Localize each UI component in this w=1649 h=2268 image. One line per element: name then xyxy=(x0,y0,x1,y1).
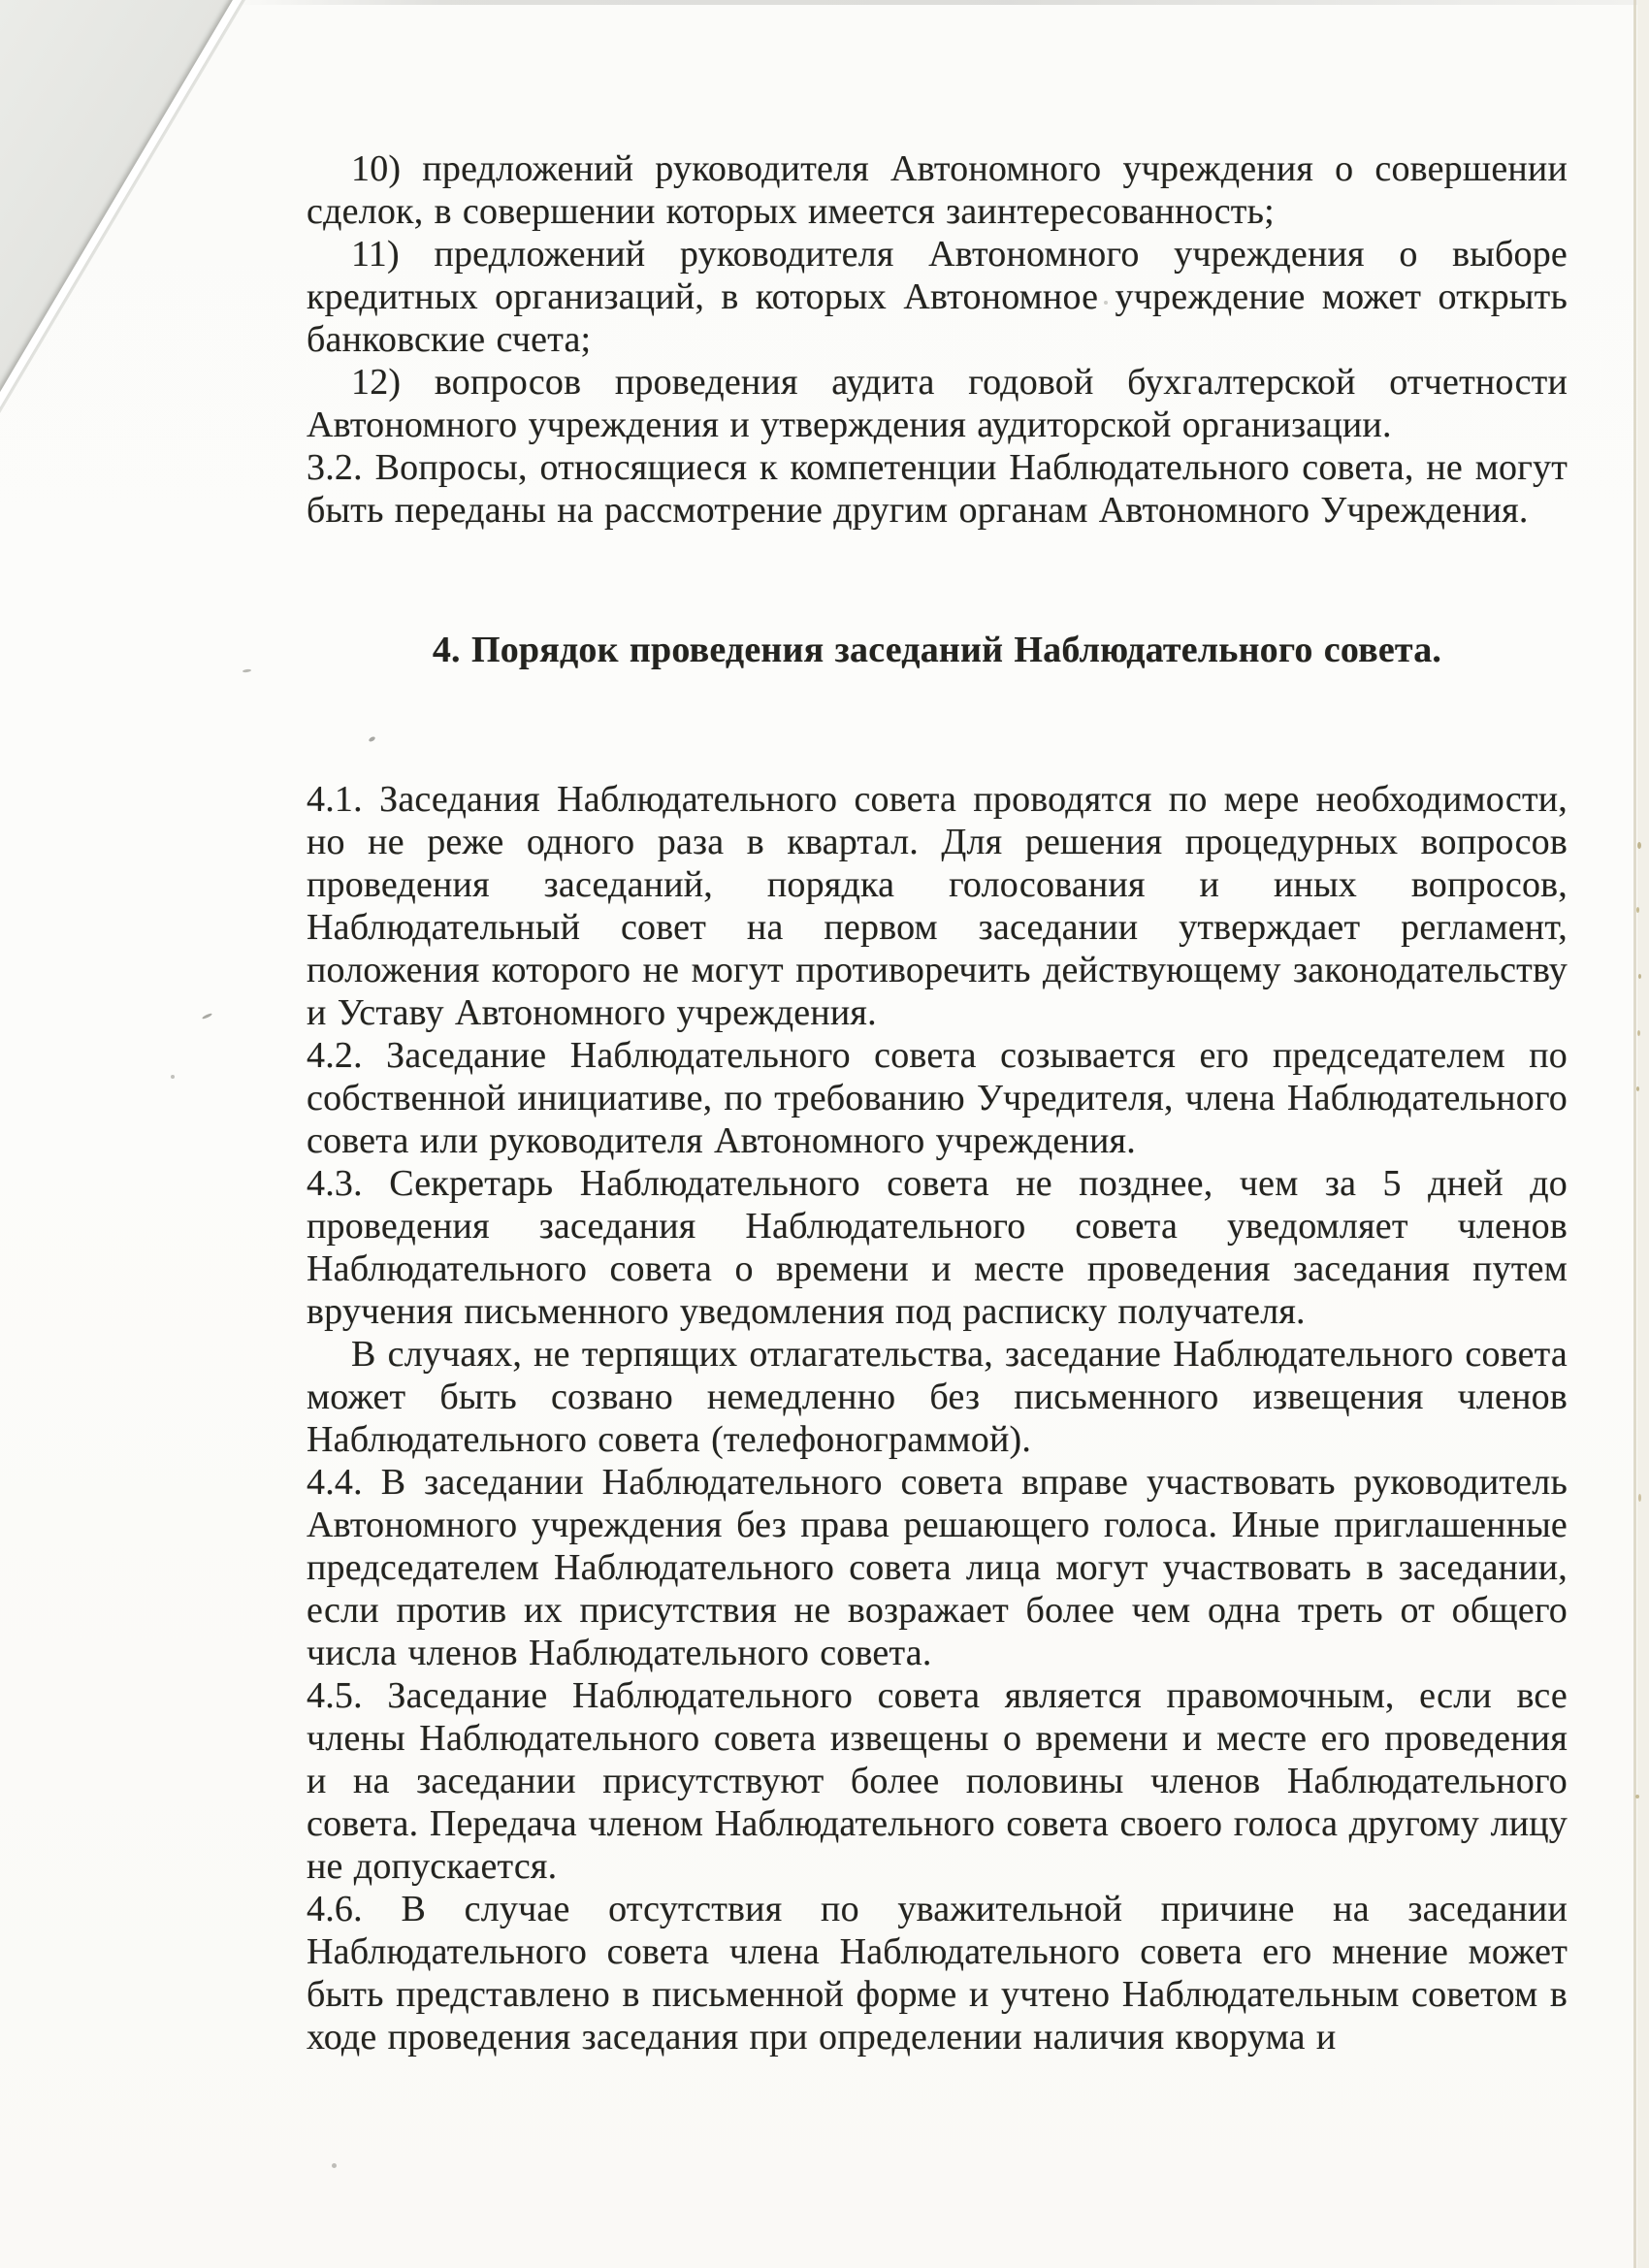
clause-item-12: 12) вопросов проведения аудита годовой б… xyxy=(307,361,1568,446)
scan-speck xyxy=(242,668,251,672)
clause-4-4: 4.4. В заседании Наблюдательного совета … xyxy=(307,1461,1568,1674)
document-text-block: 10) предложений руководителя Автономного… xyxy=(307,147,1568,2058)
clause-4-3: 4.3. Секретарь Наблюдательного совета не… xyxy=(307,1162,1568,1333)
clause-4-6: 4.6. В случае отсутствия по уважительной… xyxy=(307,1888,1568,2058)
scan-right-edge-line xyxy=(1633,0,1636,2268)
page-corner-fold-shadow xyxy=(0,0,262,427)
clause-3-2: 3.2. Вопросы, относящиеся к компетенции … xyxy=(307,446,1568,532)
scan-speck xyxy=(202,1013,212,1020)
scanned-page: 10) предложений руководителя Автономного… xyxy=(0,0,1649,2268)
clause-item-10: 10) предложений руководителя Автономного… xyxy=(307,147,1568,233)
scan-speck xyxy=(1638,1494,1641,1502)
scan-speck xyxy=(171,1075,175,1079)
scan-right-edge-strip xyxy=(1637,0,1649,2268)
scan-top-edge-shadow xyxy=(233,0,1649,5)
clause-4-3-urgent-note: В случаях, не терпящих отлагательства, з… xyxy=(307,1333,1568,1461)
clause-4-1: 4.1. Заседания Наблюдательного совета пр… xyxy=(307,778,1568,1034)
scan-speck xyxy=(1636,1086,1639,1091)
clause-4-2: 4.2. Заседание Наблюдательного совета со… xyxy=(307,1034,1568,1162)
scan-speck xyxy=(1637,842,1641,849)
scan-speck xyxy=(1638,974,1641,979)
scan-speck xyxy=(1636,907,1639,913)
scan-speck xyxy=(1637,1030,1640,1036)
scan-speck xyxy=(1635,1795,1639,1798)
scan-speck xyxy=(332,2163,337,2168)
clause-4-5: 4.5. Заседание Наблюдательного совета яв… xyxy=(307,1674,1568,1888)
clause-item-11: 11) предложений руководителя Автономного… xyxy=(307,233,1568,361)
section-4-heading: 4. Порядок проведения заседаний Наблюдат… xyxy=(307,629,1568,671)
